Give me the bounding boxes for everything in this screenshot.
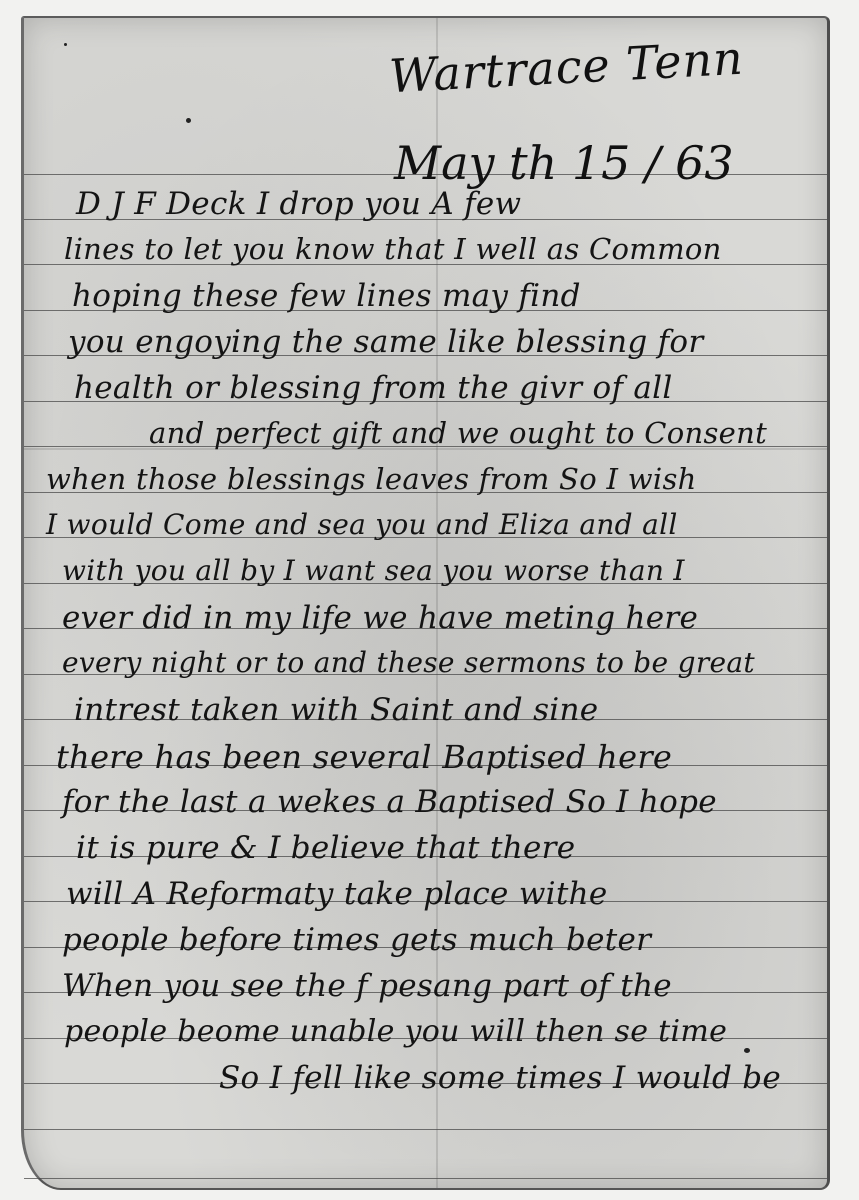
letter-line: lines to let you know that I well as Com… — [64, 232, 722, 266]
letter-line: When you see the f pesang part of the — [62, 968, 672, 1004]
letter-line: health or blessing from the givr of all — [74, 370, 673, 406]
letter-line: people before times gets much beter — [62, 922, 651, 958]
ink-speck — [64, 43, 67, 46]
letter-line: So I fell like some times I would be — [219, 1060, 781, 1096]
letter-line: I would Come and sea you and Eliza and a… — [46, 508, 678, 541]
letter-line: for the last a wekes a Baptised So I hop… — [62, 784, 717, 820]
letter-line: with you all by I want sea you worse tha… — [62, 554, 685, 587]
letter-place: Wartrace Tenn — [388, 31, 745, 103]
letter-line: intrest taken with Saint and sine — [74, 692, 598, 728]
letter-line: every night or to and these sermons to b… — [62, 646, 755, 679]
letter-line: it is pure & I believe that there — [76, 830, 575, 866]
letter-line: will A Reformaty take place withe — [66, 876, 608, 912]
letter-line: when those blessings leaves from So I wi… — [46, 462, 697, 496]
letter-line: D J F Deck I drop you A few — [76, 186, 521, 222]
ink-speck — [744, 1048, 750, 1053]
letter-page: Wartrace Tenn May th 15 / 63 D J F Deck … — [21, 16, 830, 1190]
ink-speck — [186, 118, 191, 123]
letter-line: hoping these few lines may find — [72, 278, 581, 314]
ruled-line — [24, 1178, 827, 1179]
letter-line: ever did in my life we have meting here — [62, 600, 698, 636]
letter-date: May th 15 / 63 — [394, 136, 734, 190]
letter-line: there has been several Baptised here — [56, 738, 672, 776]
letter-line: and perfect gift and we ought to Consent — [149, 416, 767, 450]
ruled-line — [24, 1129, 827, 1130]
letter-line: you engoying the same like blessing for — [68, 324, 703, 360]
letter-line: people beome unable you will then se tim… — [64, 1014, 727, 1049]
